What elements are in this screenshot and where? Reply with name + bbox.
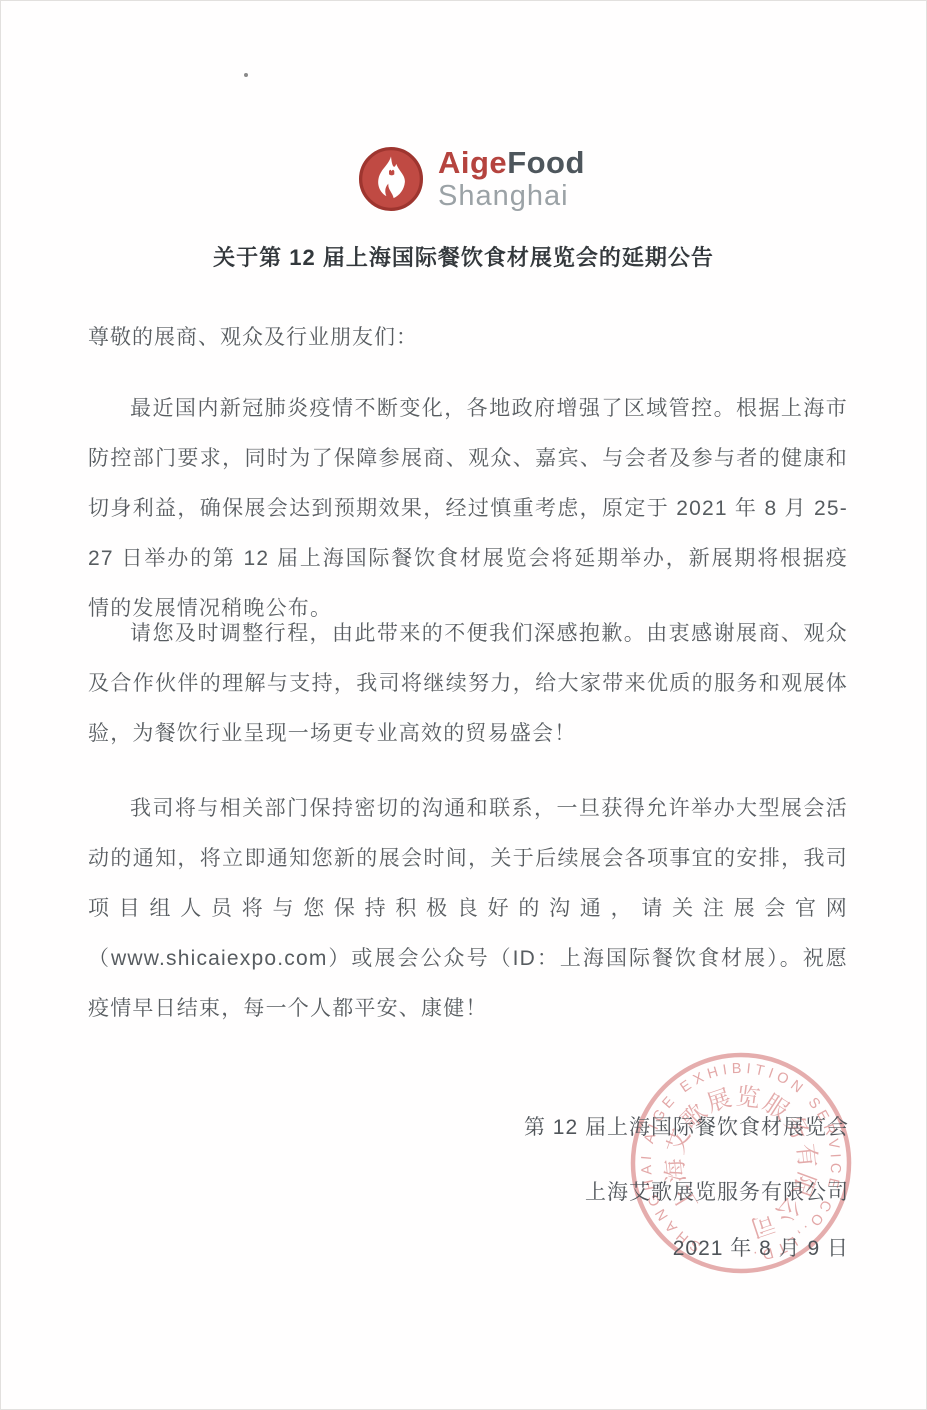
signature-exhibition-line: 第 12 届上海国际餐饮食材展览会 (524, 1113, 849, 1143)
signature-company-line: 上海艾歌展览服务有限公司 (524, 1178, 849, 1208)
logo-badge (358, 146, 424, 212)
paragraph-2: 请您及时调整行程，由此带来的不便我们深感抱歉。由衷感谢展商、观众及合作伙伴的理解… (88, 609, 848, 759)
logo-brand-aige: Aige (438, 145, 507, 180)
announcement-title: 关于第 12 届上海国际餐饮食材展览会的延期公告 (1, 241, 926, 272)
signature-date-line: 2021 年 8 月 9 日 (524, 1234, 849, 1264)
scan-speck-artifact (244, 73, 248, 77)
logo-brand-name: AigeFood (438, 147, 585, 180)
logo-wordmark: AigeFood Shanghai (438, 147, 585, 212)
aigefood-logo: AigeFood Shanghai (358, 146, 585, 212)
logo-brand-food: Food (507, 145, 585, 180)
paragraph-1: 最近国内新冠肺炎疫情不断变化，各地政府增强了区域管控。根据上海市防控部门要求，同… (88, 384, 848, 634)
signature-block: 第 12 届上海国际餐饮食材展览会 上海艾歌展览服务有限公司 2021 年 8 … (524, 1113, 849, 1264)
paragraph-3: 我司将与相关部门保持密切的沟通和联系，一旦获得允许举办大型展会活动的通知，将立即… (88, 784, 848, 1034)
announcement-letter-page: AigeFood Shanghai 关于第 12 届上海国际餐饮食材展览会的延期… (0, 0, 927, 1410)
logo-subtitle: Shanghai (438, 181, 585, 211)
salutation: 尊敬的展商、观众及行业朋友们： (88, 321, 418, 351)
